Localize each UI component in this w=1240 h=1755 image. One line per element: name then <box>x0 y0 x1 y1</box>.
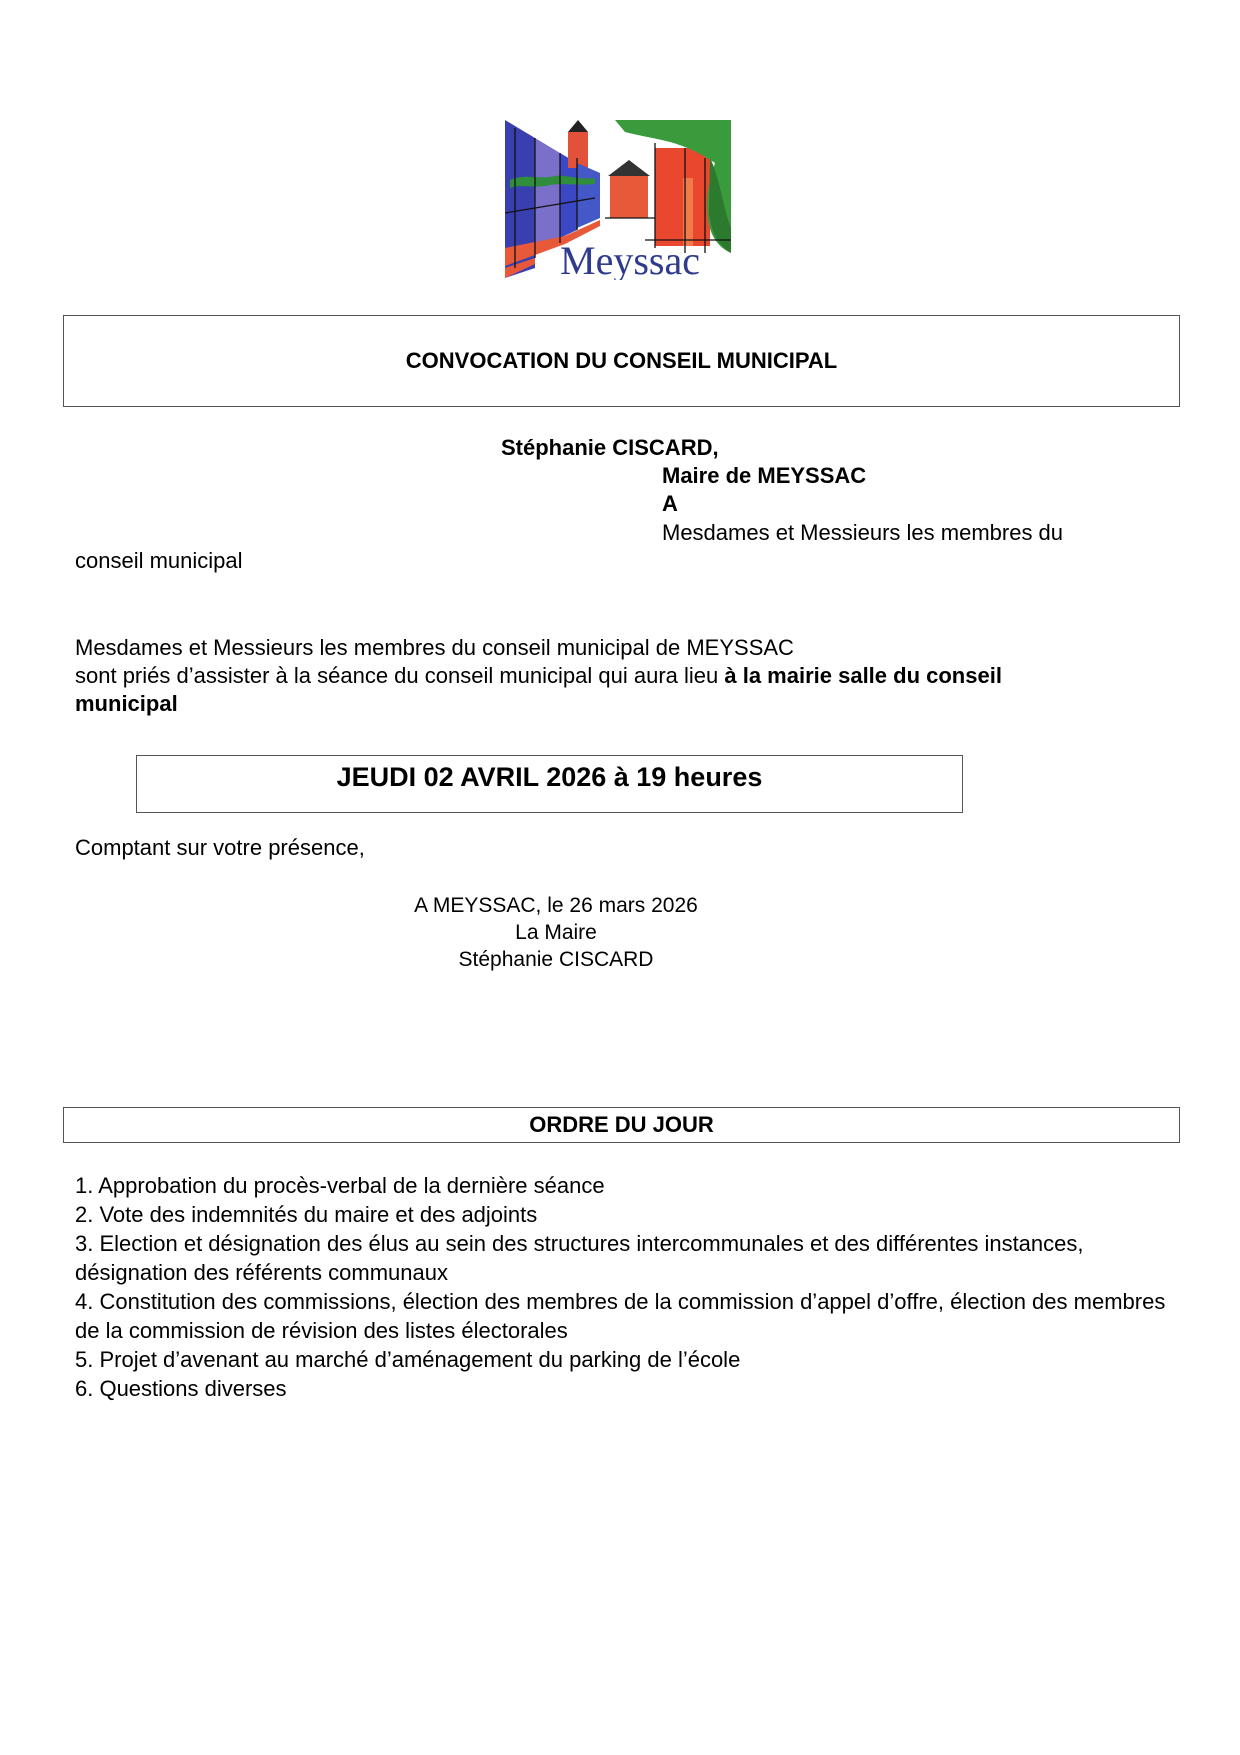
body-line-2: sont priés d’assister à la séance du con… <box>75 662 1002 690</box>
body-line-1: Mesdames et Messieurs les membres du con… <box>75 634 794 662</box>
agenda-heading-box: ORDRE DU JOUR <box>63 1107 1180 1143</box>
sender-role: Maire de MEYSSAC <box>662 462 866 490</box>
signature-place-date: A MEYSSAC, le 26 mars 2026 <box>300 892 812 919</box>
sender-name: Stéphanie CISCARD, <box>501 434 719 462</box>
meeting-location: à la mairie salle du conseil <box>724 663 1002 688</box>
title-box: CONVOCATION DU CONSEIL MUNICIPAL <box>63 315 1180 407</box>
meyssac-logo: Meyssac <box>505 118 731 280</box>
signature-title: La Maire <box>300 919 812 946</box>
agenda-list: 1. Approbation du procès-verbal de la de… <box>75 1171 1185 1403</box>
recipients-line-2: conseil municipal <box>75 547 243 575</box>
agenda-item: 3. Election et désignation des élus au s… <box>75 1229 1185 1287</box>
agenda-item: 4. Constitution des commissions, électio… <box>75 1287 1185 1345</box>
meeting-location-cont: municipal <box>75 690 178 718</box>
svg-text:Meyssac: Meyssac <box>560 238 700 280</box>
agenda-item: 6. Questions diverses <box>75 1374 1185 1403</box>
recipients-line-1: Mesdames et Messieurs les membres du <box>662 519 1063 547</box>
agenda-item: 2. Vote des indemnités du maire et des a… <box>75 1200 1185 1229</box>
signature-name: Stéphanie CISCARD <box>300 946 812 973</box>
agenda-item: 5. Projet d’avenant au marché d’aménagem… <box>75 1345 1185 1374</box>
agenda-item: 1. Approbation du procès-verbal de la de… <box>75 1171 1185 1200</box>
document-title: CONVOCATION DU CONSEIL MUNICIPAL <box>406 348 837 374</box>
closing-line: Comptant sur votre présence, <box>75 834 365 862</box>
agenda-heading: ORDRE DU JOUR <box>529 1112 714 1138</box>
meeting-date-box: JEUDI 02 AVRIL 2026 à 19 heures <box>136 755 963 813</box>
body-line-2-text: sont priés d’assister à la séance du con… <box>75 663 724 688</box>
meeting-datetime: JEUDI 02 AVRIL 2026 à 19 heures <box>337 758 763 812</box>
town-street-illustration-icon: Meyssac <box>505 118 731 280</box>
addressee-prefix: A <box>662 490 678 518</box>
